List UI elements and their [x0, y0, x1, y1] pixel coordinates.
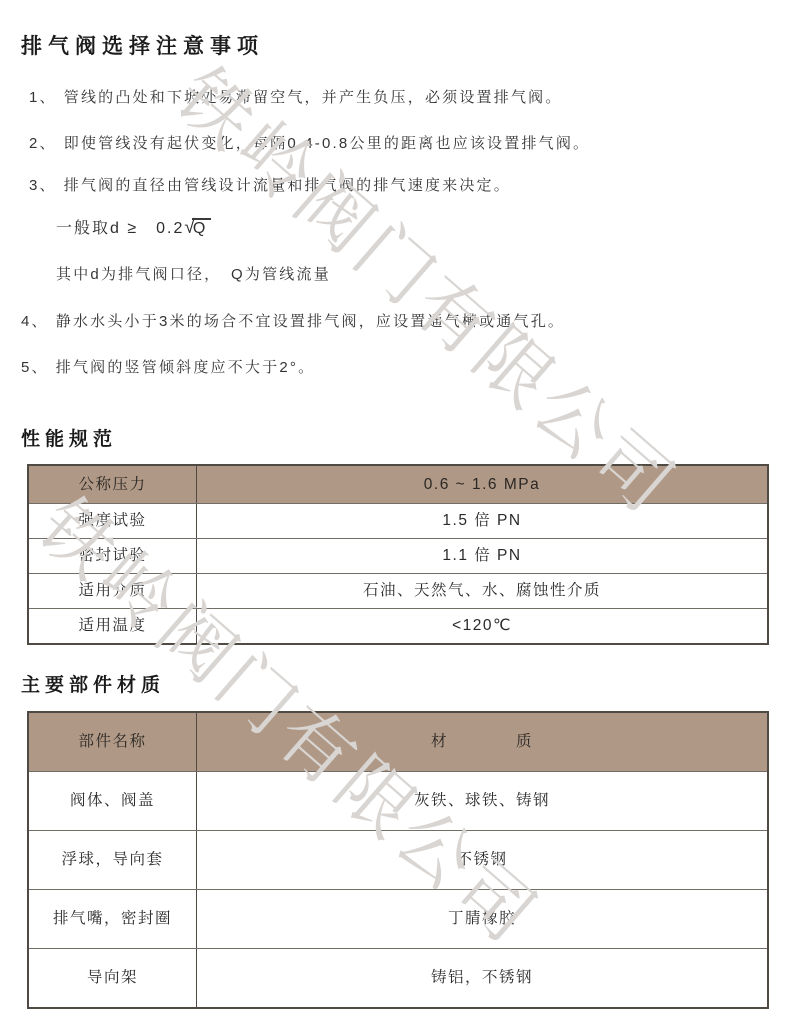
cell-label: 公称压力: [29, 466, 197, 503]
note-number: 4、: [21, 313, 49, 330]
note-item-4: 4、静水水头小于3米的场合不宜设置排气阀，应设置通气槽或通气孔。: [21, 310, 565, 331]
note-item-1: 1、管线的凸处和下坡处易滞留空气，并产生负压，必须设置排气阀。: [29, 86, 563, 107]
cell-value: 丁腈橡胶: [197, 890, 767, 948]
note-number: 2、: [29, 135, 57, 152]
table-row: 强度试验 1.5 倍 PN: [29, 503, 767, 538]
note-number: 5、: [21, 359, 49, 376]
formula-lhs: 一般取d ≥ 0.2: [56, 220, 184, 237]
cell-label: 部件名称: [29, 713, 197, 771]
cell-label: 导向架: [29, 949, 197, 1007]
cell-value: 灰铁、球铁、铸钢: [197, 772, 767, 830]
table-row: 导向架 铸铝，不锈钢: [29, 948, 767, 1007]
cell-value: 石油、天然气、水、腐蚀性介质: [197, 574, 767, 608]
performance-table: 公称压力 0.6 ~ 1.6 MPa 强度试验 1.5 倍 PN 密封试验 1.…: [27, 464, 769, 645]
table-row-header: 公称压力 0.6 ~ 1.6 MPa: [29, 466, 767, 503]
section-title-performance: 性能规范: [21, 424, 117, 451]
cell-value: <120℃: [197, 609, 767, 643]
table-row: 阀体、阀盖 灰铁、球铁、铸钢: [29, 771, 767, 830]
table-row: 适用介质 石油、天然气、水、腐蚀性介质: [29, 573, 767, 608]
table-row: 适用温度 <120℃: [29, 608, 767, 643]
cell-label: 适用介质: [29, 574, 197, 608]
cell-value: 材 质: [197, 713, 767, 771]
cell-label: 适用温度: [29, 609, 197, 643]
note-item-5: 5、排气阀的竖管倾斜度应不大于2°。: [21, 356, 315, 377]
note-text: 管线的凸处和下坡处易滞留空气，并产生负压，必须设置排气阀。: [64, 89, 563, 106]
cell-label: 阀体、阀盖: [29, 772, 197, 830]
page: 排气阀选择注意事项 1、管线的凸处和下坡处易滞留空气，并产生负压，必须设置排气阀…: [0, 0, 800, 1028]
cell-value: 铸铝，不锈钢: [197, 949, 767, 1007]
watermark-text: 铁岭阀门有限公司: [156, 40, 703, 535]
page-title: 排气阀选择注意事项: [21, 30, 264, 60]
note-item-2: 2、即使管线没有起伏变化，每隔0.4-0.8公里的距离也应该设置排气阀。: [29, 132, 590, 153]
cell-value: 1.5 倍 PN: [197, 504, 767, 538]
sizing-formula: 一般取d ≥ 0.2√Q: [56, 215, 211, 239]
cell-value: 0.6 ~ 1.6 MPa: [197, 466, 767, 503]
table-row: 浮球，导向套 不锈钢: [29, 830, 767, 889]
cell-value: 1.1 倍 PN: [197, 539, 767, 573]
section-title-materials: 主要部件材质: [21, 670, 165, 697]
note-number: 3、: [29, 177, 57, 194]
cell-value: 不锈钢: [197, 831, 767, 889]
materials-table: 部件名称 材 质 阀体、阀盖 灰铁、球铁、铸钢 浮球，导向套 不锈钢 排气嘴，密…: [27, 711, 769, 1009]
cell-label: 浮球，导向套: [29, 831, 197, 889]
cell-label: 密封试验: [29, 539, 197, 573]
table-row: 密封试验 1.1 倍 PN: [29, 538, 767, 573]
note-text: 排气阀的直径由管线设计流量和排气阀的排气速度来决定。: [64, 177, 511, 194]
cell-label: 排气嘴，密封圈: [29, 890, 197, 948]
formula-note: 其中d为排气阀口径， Q为管线流量: [56, 263, 331, 284]
note-item-3: 3、排气阀的直径由管线设计流量和排气阀的排气速度来决定。: [29, 174, 511, 195]
table-row: 排气嘴，密封圈 丁腈橡胶: [29, 889, 767, 948]
note-text: 排气阀的竖管倾斜度应不大于2°。: [56, 359, 316, 376]
note-number: 1、: [29, 89, 57, 106]
formula-radicand: Q: [192, 218, 211, 237]
table-row-header: 部件名称 材 质: [29, 713, 767, 771]
cell-label: 强度试验: [29, 504, 197, 538]
note-text: 静水水头小于3米的场合不宜设置排气阀，应设置通气槽或通气孔。: [56, 313, 565, 330]
note-text: 即使管线没有起伏变化，每隔0.4-0.8公里的距离也应该设置排气阀。: [64, 135, 591, 152]
